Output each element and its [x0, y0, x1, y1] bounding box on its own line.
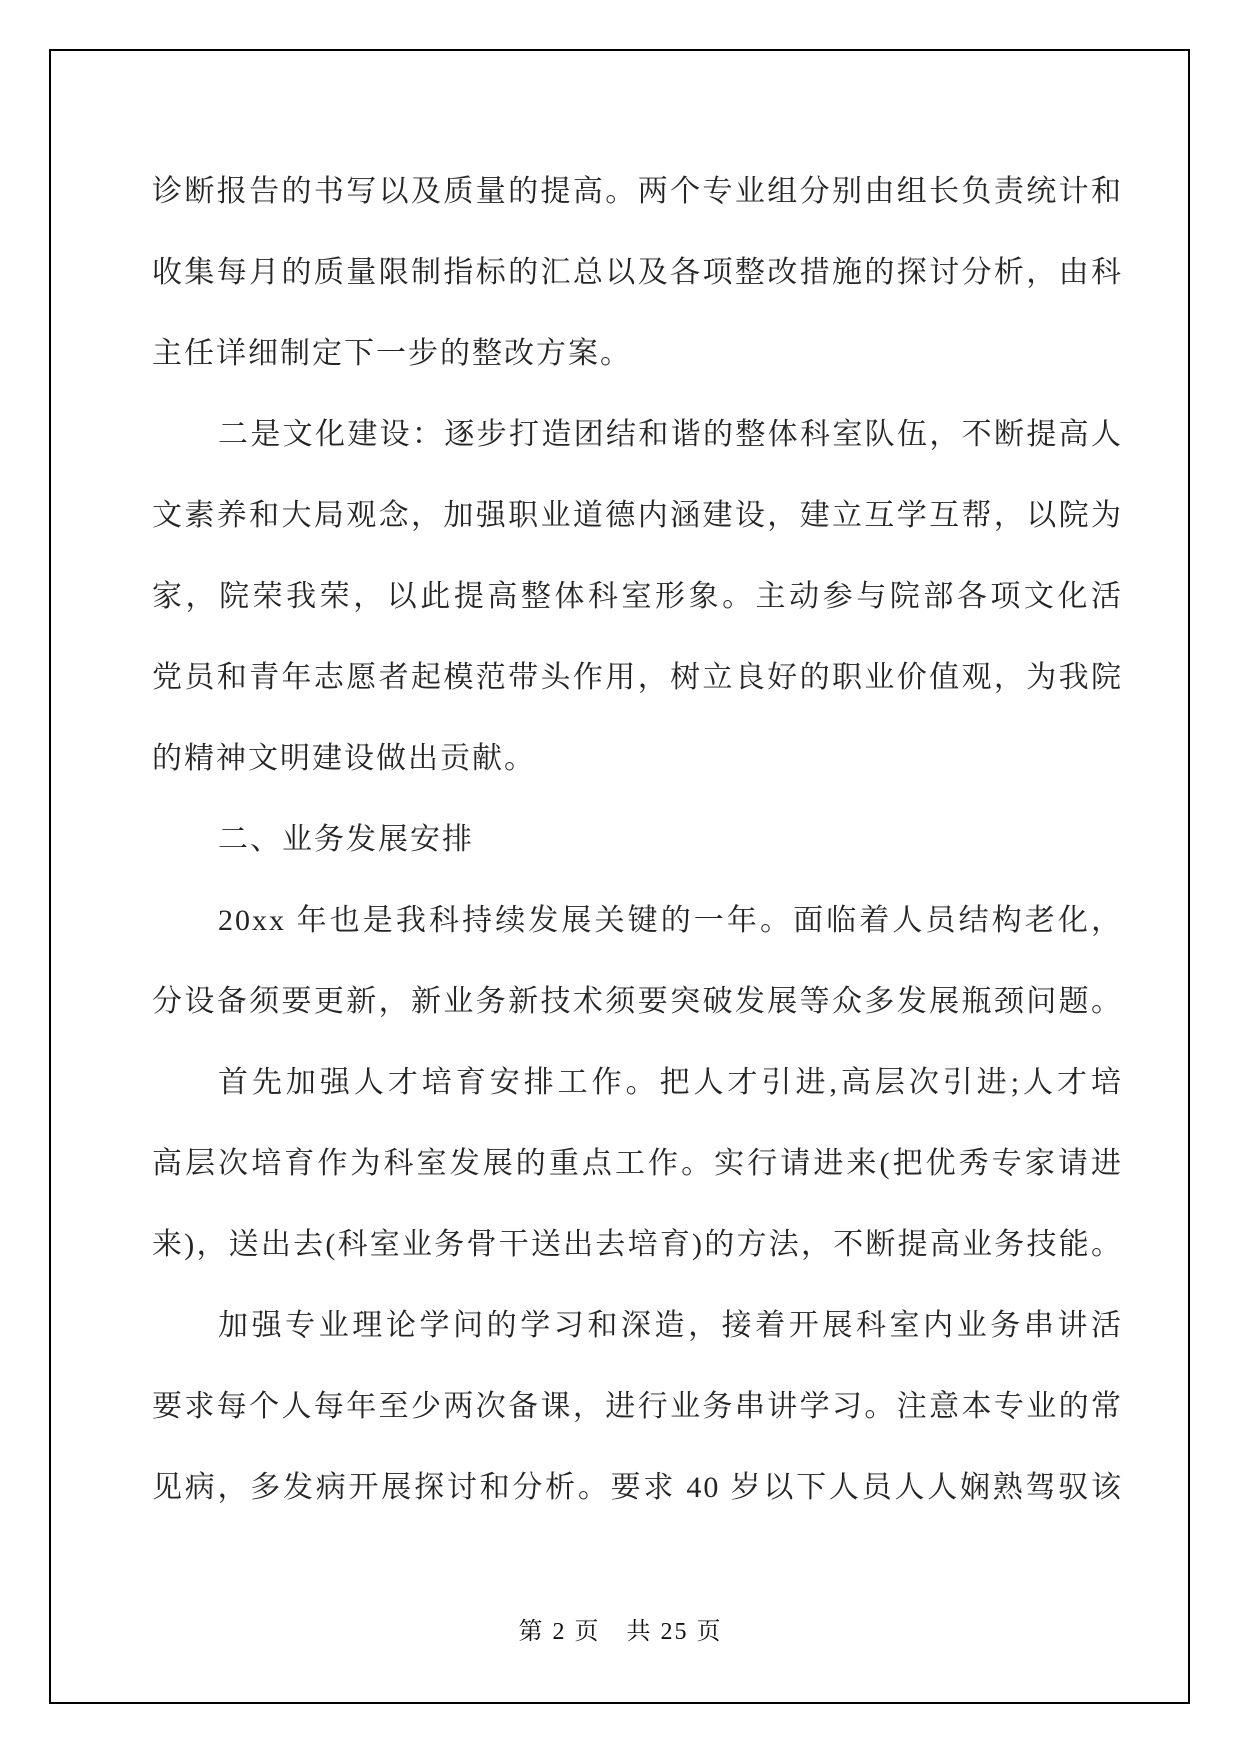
text-line: 分设备须要更新，新业务新技术须要突破发展等众多发展瓶颈问题。: [152, 961, 1123, 1042]
text-line: 文素养和大局观念，加强职业道德内涵建设，建立互学互帮，以院为: [152, 475, 1123, 556]
text-line: 主任详细制定下一步的整改方案。: [152, 313, 1123, 394]
text-line: 二是文化建设：逐步打造团结和谐的整体科室队伍，不断提高人: [152, 394, 1123, 475]
text-line: 党员和青年志愿者起模范带头作用，树立良好的职业价值观，为我院: [152, 637, 1123, 718]
text-line: 首先加强人才培育安排工作。把人才引进,高层次引进;人才培育，: [152, 1042, 1123, 1123]
text-line: 20xx 年也是我科持续发展关键的一年。面临着人员结构老化，部: [152, 880, 1123, 961]
text-line: 的精神文明建设做出贡献。: [152, 718, 1123, 799]
text-line: 家，院荣我荣，以此提高整体科室形象。主动参与院部各项文化活动，: [152, 556, 1123, 637]
text-line: 高层次培育作为科室发展的重点工作。实行请进来(把优秀专家请进: [152, 1123, 1123, 1204]
document-page: 诊断报告的书写以及质量的提高。两个专业组分别由组长负责统计和 收集每月的质量限制…: [0, 0, 1241, 1754]
text-line: 诊断报告的书写以及质量的提高。两个专业组分别由组长负责统计和: [152, 151, 1123, 232]
text-line: 要求每个人每年至少两次备课，进行业务串讲学习。注意本专业的常: [152, 1366, 1123, 1447]
text-line: 见病，多发病开展探讨和分析。要求 40 岁以下人员人人娴熟驾驭该类: [152, 1447, 1123, 1528]
page-footer: 第 2 页 共 25 页: [0, 1612, 1241, 1652]
text-line: 收集每月的质量限制指标的汇总以及各项整改措施的探讨分析，由科: [152, 232, 1123, 313]
document-body: 诊断报告的书写以及质量的提高。两个专业组分别由组长负责统计和 收集每月的质量限制…: [152, 151, 1123, 1528]
section-heading-line: 二、业务发展安排: [152, 799, 1123, 880]
text-line: 来)，送出去(科室业务骨干送出去培育)的方法，不断提高业务技能。: [152, 1204, 1123, 1285]
footer-page-number-text: 第 2 页 共 25 页: [519, 1619, 723, 1645]
text-line: 加强专业理论学问的学习和深造，接着开展科室内业务串讲活动，: [152, 1285, 1123, 1366]
